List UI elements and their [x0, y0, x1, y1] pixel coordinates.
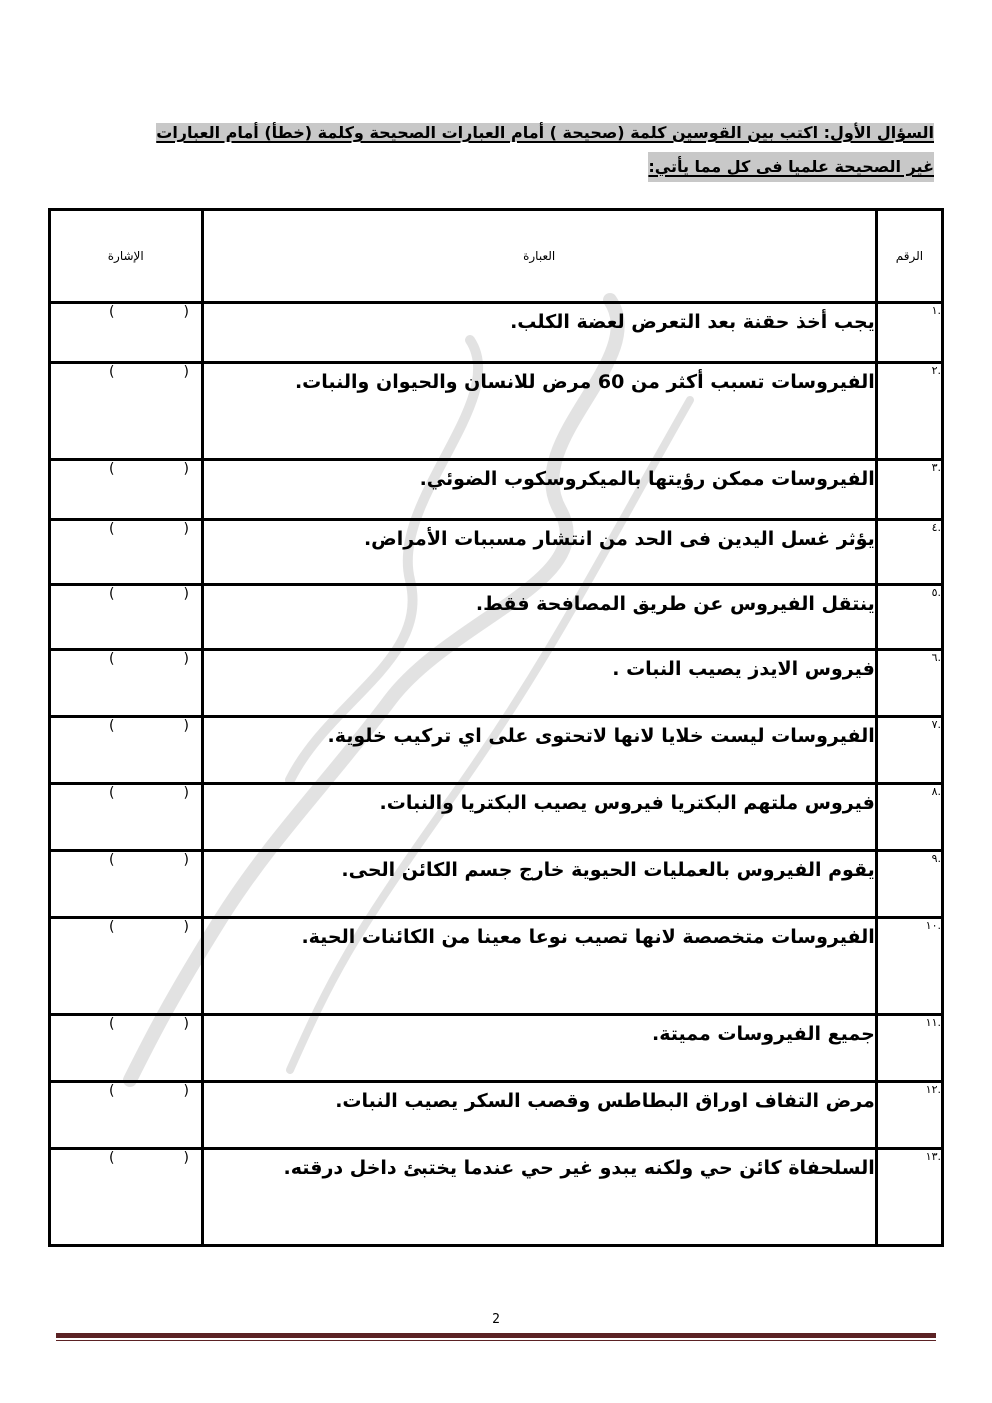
close-paren: )	[184, 1083, 189, 1099]
close-paren: )	[184, 586, 189, 602]
answer-parentheses[interactable]: ()	[109, 785, 189, 801]
table-row: .٤يؤثر غسل اليدين فى الحد من انتشار مسبب…	[50, 520, 943, 585]
answer-cell[interactable]: ()	[50, 585, 203, 650]
close-paren: )	[184, 304, 189, 320]
table-header-row: الرقم العبارة الإشارة	[50, 210, 943, 303]
row-statement: الفيروسات ممكن رؤيتها بالميكروسكوب الضوئ…	[202, 460, 876, 520]
question-title-line-1: السؤال الأول: اكتب بين القوسين كلمة (صحي…	[156, 123, 934, 142]
row-statement: الفيروسات تسبب أكثر من 60 مرض للانسان وا…	[202, 363, 876, 460]
close-paren: )	[184, 364, 189, 380]
open-paren: (	[109, 1016, 114, 1032]
close-paren: )	[184, 651, 189, 667]
table-row: .١٣السلحفاة كائن حي ولكنه يبدو غير حي عن…	[50, 1149, 943, 1246]
answer-parentheses[interactable]: ()	[109, 651, 189, 667]
row-number: .٨	[876, 784, 942, 851]
close-paren: )	[184, 718, 189, 734]
open-paren: (	[109, 521, 114, 537]
answer-cell[interactable]: ()	[50, 918, 203, 1015]
answer-parentheses[interactable]: ()	[109, 919, 189, 935]
table-row: .٥ينتقل الفيروس عن طريق المصافحة فقط.()	[50, 585, 943, 650]
answer-cell[interactable]: ()	[50, 303, 203, 363]
table-row: .١٢مرض التفاف اوراق البطاطس وقصب السكر ي…	[50, 1082, 943, 1149]
answer-parentheses[interactable]: ()	[109, 1016, 189, 1032]
table-row: .٧الفيروسات ليست خلايا لانها لاتحتوى على…	[50, 717, 943, 784]
row-statement: ينتقل الفيروس عن طريق المصافحة فقط.	[202, 585, 876, 650]
answer-parentheses[interactable]: ()	[109, 461, 189, 477]
row-number: .١٠	[876, 918, 942, 1015]
answer-cell[interactable]: ()	[50, 520, 203, 585]
answer-parentheses[interactable]: ()	[109, 586, 189, 602]
close-paren: )	[184, 1150, 189, 1166]
close-paren: )	[184, 785, 189, 801]
row-statement: فيروس الايدز يصيب النبات .	[202, 650, 876, 717]
open-paren: (	[109, 364, 114, 380]
table-row: .١يجب أخذ حقنة بعد التعرض لعضة الكلب.()	[50, 303, 943, 363]
row-statement: السلحفاة كائن حي ولكنه يبدو غير حي عندما…	[202, 1149, 876, 1246]
row-statement: يؤثر غسل اليدين فى الحد من انتشار مسببات…	[202, 520, 876, 585]
row-number: .٦	[876, 650, 942, 717]
footer-rule	[56, 1333, 936, 1338]
row-statement: جميع الفيروسات مميتة.	[202, 1015, 876, 1082]
header-number: الرقم	[876, 210, 942, 303]
question-title-line-2: غير الصحيحة علميا فى كل مما يأتي:	[648, 152, 934, 182]
row-number: .١	[876, 303, 942, 363]
question-instructions: السؤال الأول: اكتب بين القوسين كلمة (صحي…	[68, 118, 934, 182]
answer-cell[interactable]: ()	[50, 717, 203, 784]
open-paren: (	[109, 785, 114, 801]
answer-parentheses[interactable]: ()	[109, 304, 189, 320]
answer-cell[interactable]: ()	[50, 1015, 203, 1082]
row-number: .٩	[876, 851, 942, 918]
open-paren: (	[109, 586, 114, 602]
answer-parentheses[interactable]: ()	[109, 1150, 189, 1166]
answer-cell[interactable]: ()	[50, 650, 203, 717]
row-statement: الفيروسات ليست خلايا لانها لاتحتوى على ا…	[202, 717, 876, 784]
open-paren: (	[109, 919, 114, 935]
row-number: .١٢	[876, 1082, 942, 1149]
open-paren: (	[109, 1150, 114, 1166]
answer-cell[interactable]: ()	[50, 363, 203, 460]
answer-parentheses[interactable]: ()	[109, 521, 189, 537]
open-paren: (	[109, 852, 114, 868]
row-number: .٣	[876, 460, 942, 520]
page-number: 2	[0, 1312, 992, 1327]
close-paren: )	[184, 1016, 189, 1032]
answer-parentheses[interactable]: ()	[109, 1083, 189, 1099]
table-row: .١١جميع الفيروسات مميتة.()	[50, 1015, 943, 1082]
table-row: .٣الفيروسات ممكن رؤيتها بالميكروسكوب الض…	[50, 460, 943, 520]
close-paren: )	[184, 852, 189, 868]
open-paren: (	[109, 461, 114, 477]
table-row: .٢الفيروسات تسبب أكثر من 60 مرض للانسان …	[50, 363, 943, 460]
open-paren: (	[109, 1083, 114, 1099]
row-statement: مرض التفاف اوراق البطاطس وقصب السكر يصيب…	[202, 1082, 876, 1149]
row-statement: يقوم الفيروس بالعمليات الحيوية خارج جسم …	[202, 851, 876, 918]
true-false-table: الرقم العبارة الإشارة .١يجب أخذ حقنة بعد…	[48, 208, 944, 1247]
row-number: .١٣	[876, 1149, 942, 1246]
row-statement: يجب أخذ حقنة بعد التعرض لعضة الكلب.	[202, 303, 876, 363]
close-paren: )	[184, 521, 189, 537]
open-paren: (	[109, 718, 114, 734]
row-number: .٢	[876, 363, 942, 460]
answer-cell[interactable]: ()	[50, 784, 203, 851]
row-number: .٤	[876, 520, 942, 585]
row-statement: فيروس ملتهم البكتريا فيروس يصيب البكتريا…	[202, 784, 876, 851]
answer-parentheses[interactable]: ()	[109, 718, 189, 734]
header-mark: الإشارة	[50, 210, 203, 303]
row-statement: الفيروسات متخصصة لانها تصيب نوعا معينا م…	[202, 918, 876, 1015]
close-paren: )	[184, 919, 189, 935]
table-row: .٦فيروس الايدز يصيب النبات .()	[50, 650, 943, 717]
row-number: .١١	[876, 1015, 942, 1082]
answer-parentheses[interactable]: ()	[109, 364, 189, 380]
table-row: .٨فيروس ملتهم البكتريا فيروس يصيب البكتر…	[50, 784, 943, 851]
footer-rule-thin	[56, 1340, 936, 1341]
row-number: .٧	[876, 717, 942, 784]
open-paren: (	[109, 651, 114, 667]
answer-cell[interactable]: ()	[50, 851, 203, 918]
header-statement: العبارة	[202, 210, 876, 303]
answer-parentheses[interactable]: ()	[109, 852, 189, 868]
table-row: .١٠الفيروسات متخصصة لانها تصيب نوعا معين…	[50, 918, 943, 1015]
answer-cell[interactable]: ()	[50, 1149, 203, 1246]
table-row: .٩يقوم الفيروس بالعمليات الحيوية خارج جس…	[50, 851, 943, 918]
answer-cell[interactable]: ()	[50, 1082, 203, 1149]
row-number: .٥	[876, 585, 942, 650]
open-paren: (	[109, 304, 114, 320]
close-paren: )	[184, 461, 189, 477]
answer-cell[interactable]: ()	[50, 460, 203, 520]
